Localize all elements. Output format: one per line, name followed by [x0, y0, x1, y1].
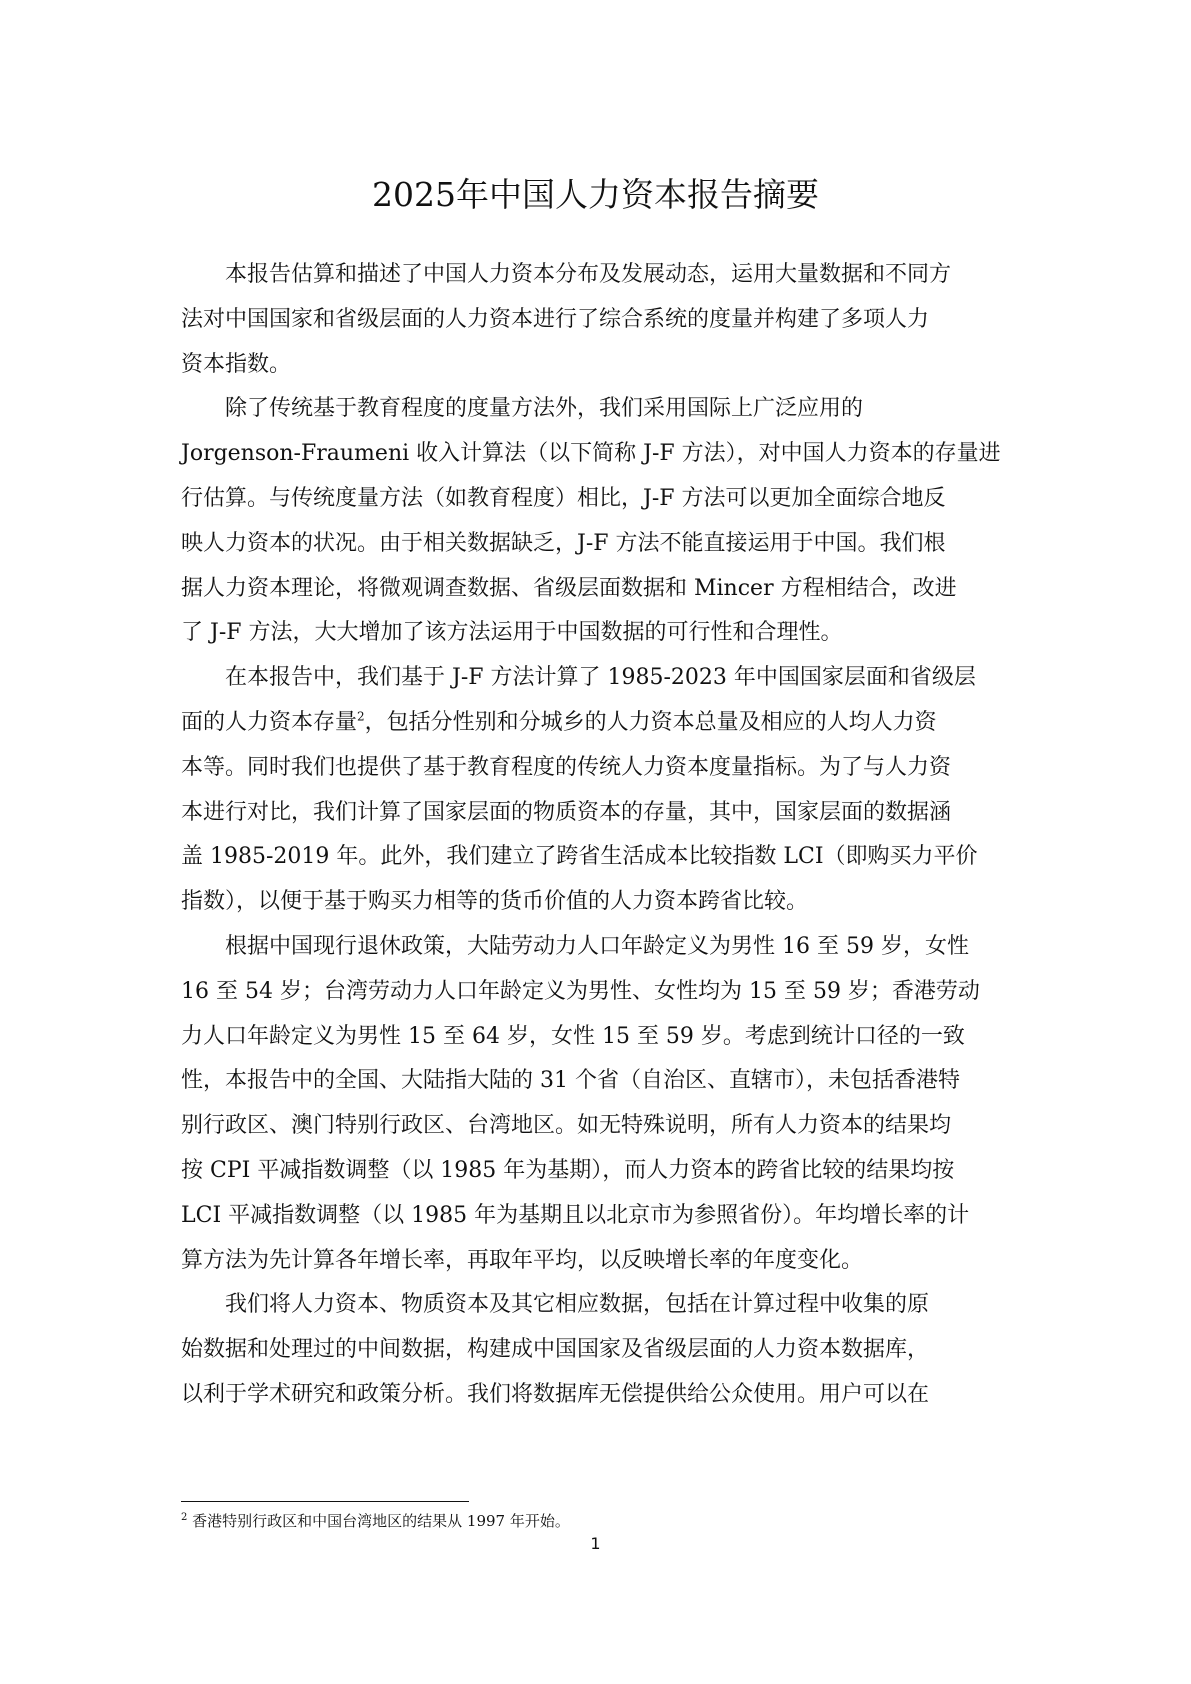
- paragraph-3: 在本报告中，我们基于 J-F 方法计算了 1985-2023 年中国国家层面和省…: [181, 656, 1016, 925]
- text-line: 别行政区、澳门特别行政区、台湾地区。如无特殊说明，所有人力资本的结果均: [181, 1104, 1016, 1149]
- text-span: ，包括分性别和分城乡的人力资本总量及相应的人均人力资: [365, 710, 937, 735]
- text-line: 行估算。与传统度量方法（如教育程度）相比，J-F 方法可以更加全面综合地反: [181, 477, 1016, 522]
- document-body: 本报告估算和描述了中国人力资本分布及发展动态，运用大量数据和不同方 法对中国国家…: [181, 253, 1016, 1418]
- text-line: 我们将人力资本、物质资本及其它相应数据，包括在计算过程中收集的原: [181, 1283, 1016, 1328]
- footnote-reference[interactable]: 2: [357, 710, 365, 724]
- paragraph-4: 根据中国现行退休政策，大陆劳动力人口年龄定义为男性 16 至 59 岁，女性 1…: [181, 925, 1016, 1283]
- text-line: 始数据和处理过的中间数据，构建成中国国家及省级层面的人力资本数据库，: [181, 1328, 1016, 1373]
- text-span: 面的人力资本存量: [181, 710, 357, 735]
- text-line: 16 至 54 岁；台湾劳动力人口年龄定义为男性、女性均为 15 至 59 岁；…: [181, 970, 1016, 1015]
- text-line: 除了传统基于教育程度的度量方法外，我们采用国际上广泛应用的: [181, 387, 1016, 432]
- paragraph-5: 我们将人力资本、物质资本及其它相应数据，包括在计算过程中收集的原 始数据和处理过…: [181, 1283, 1016, 1417]
- footnote-divider: [181, 1501, 469, 1502]
- text-line: 指数），以便于基于购买力相等的货币价值的人力资本跨省比较。: [181, 880, 1016, 925]
- footnote-marker: 2: [181, 1512, 187, 1523]
- document-page: 2025年中国人力资本报告摘要 本报告估算和描述了中国人力资本分布及发展动态，运…: [0, 0, 1191, 1684]
- text-line: 盖 1985-2019 年。此外，我们建立了跨省生活成本比较指数 LCI（即购买…: [181, 835, 1016, 880]
- text-line: 本进行对比，我们计算了国家层面的物质资本的存量，其中，国家层面的数据涵: [181, 791, 1016, 836]
- text-line: 按 CPI 平减指数调整（以 1985 年为基期），而人力资本的跨省比较的结果均…: [181, 1149, 1016, 1194]
- text-line: 了 J-F 方法，大大增加了该方法运用于中国数据的可行性和合理性。: [181, 611, 1016, 656]
- paragraph-2: 除了传统基于教育程度的度量方法外，我们采用国际上广泛应用的 Jorgenson-…: [181, 387, 1016, 656]
- page-number: 1: [0, 1534, 1191, 1553]
- text-line: Jorgenson-Fraumeni 收入计算法（以下简称 J-F 方法），对中…: [181, 432, 1016, 477]
- footnote-text: 香港特别行政区和中国台湾地区的结果从 1997 年开始。: [192, 1512, 570, 1530]
- text-line: 映人力资本的状况。由于相关数据缺乏，J-F 方法不能直接运用于中国。我们根: [181, 522, 1016, 567]
- text-line: 算方法为先计算各年增长率，再取年平均，以反映增长率的年度变化。: [181, 1239, 1016, 1284]
- page-title: 2025年中国人力资本报告摘要: [0, 170, 1191, 220]
- text-line: 以利于学术研究和政策分析。我们将数据库无偿提供给公众使用。用户可以在: [181, 1373, 1016, 1418]
- text-line: 资本指数。: [181, 343, 1016, 388]
- text-line-with-footnote-ref: 面的人力资本存量2，包括分性别和分城乡的人力资本总量及相应的人均人力资: [181, 701, 1016, 746]
- text-line: 法对中国国家和省级层面的人力资本进行了综合系统的度量并构建了多项人力: [181, 298, 1016, 343]
- text-line: LCI 平减指数调整（以 1985 年为基期且以北京市为参照省份）。年均增长率的…: [181, 1194, 1016, 1239]
- text-line: 力人口年龄定义为男性 15 至 64 岁，女性 15 至 59 岁。考虑到统计口…: [181, 1015, 1016, 1060]
- text-line: 据人力资本理论，将微观调查数据、省级层面数据和 Mincer 方程相结合，改进: [181, 567, 1016, 612]
- text-line: 性，本报告中的全国、大陆指大陆的 31 个省（自治区、直辖市），未包括香港特: [181, 1059, 1016, 1104]
- paragraph-1: 本报告估算和描述了中国人力资本分布及发展动态，运用大量数据和不同方 法对中国国家…: [181, 253, 1016, 387]
- text-line: 根据中国现行退休政策，大陆劳动力人口年龄定义为男性 16 至 59 岁，女性: [181, 925, 1016, 970]
- footnote: 2 香港特别行政区和中国台湾地区的结果从 1997 年开始。: [181, 1510, 570, 1532]
- text-line: 在本报告中，我们基于 J-F 方法计算了 1985-2023 年中国国家层面和省…: [181, 656, 1016, 701]
- text-line: 本等。同时我们也提供了基于教育程度的传统人力资本度量指标。为了与人力资: [181, 746, 1016, 791]
- text-line: 本报告估算和描述了中国人力资本分布及发展动态，运用大量数据和不同方: [181, 253, 1016, 298]
